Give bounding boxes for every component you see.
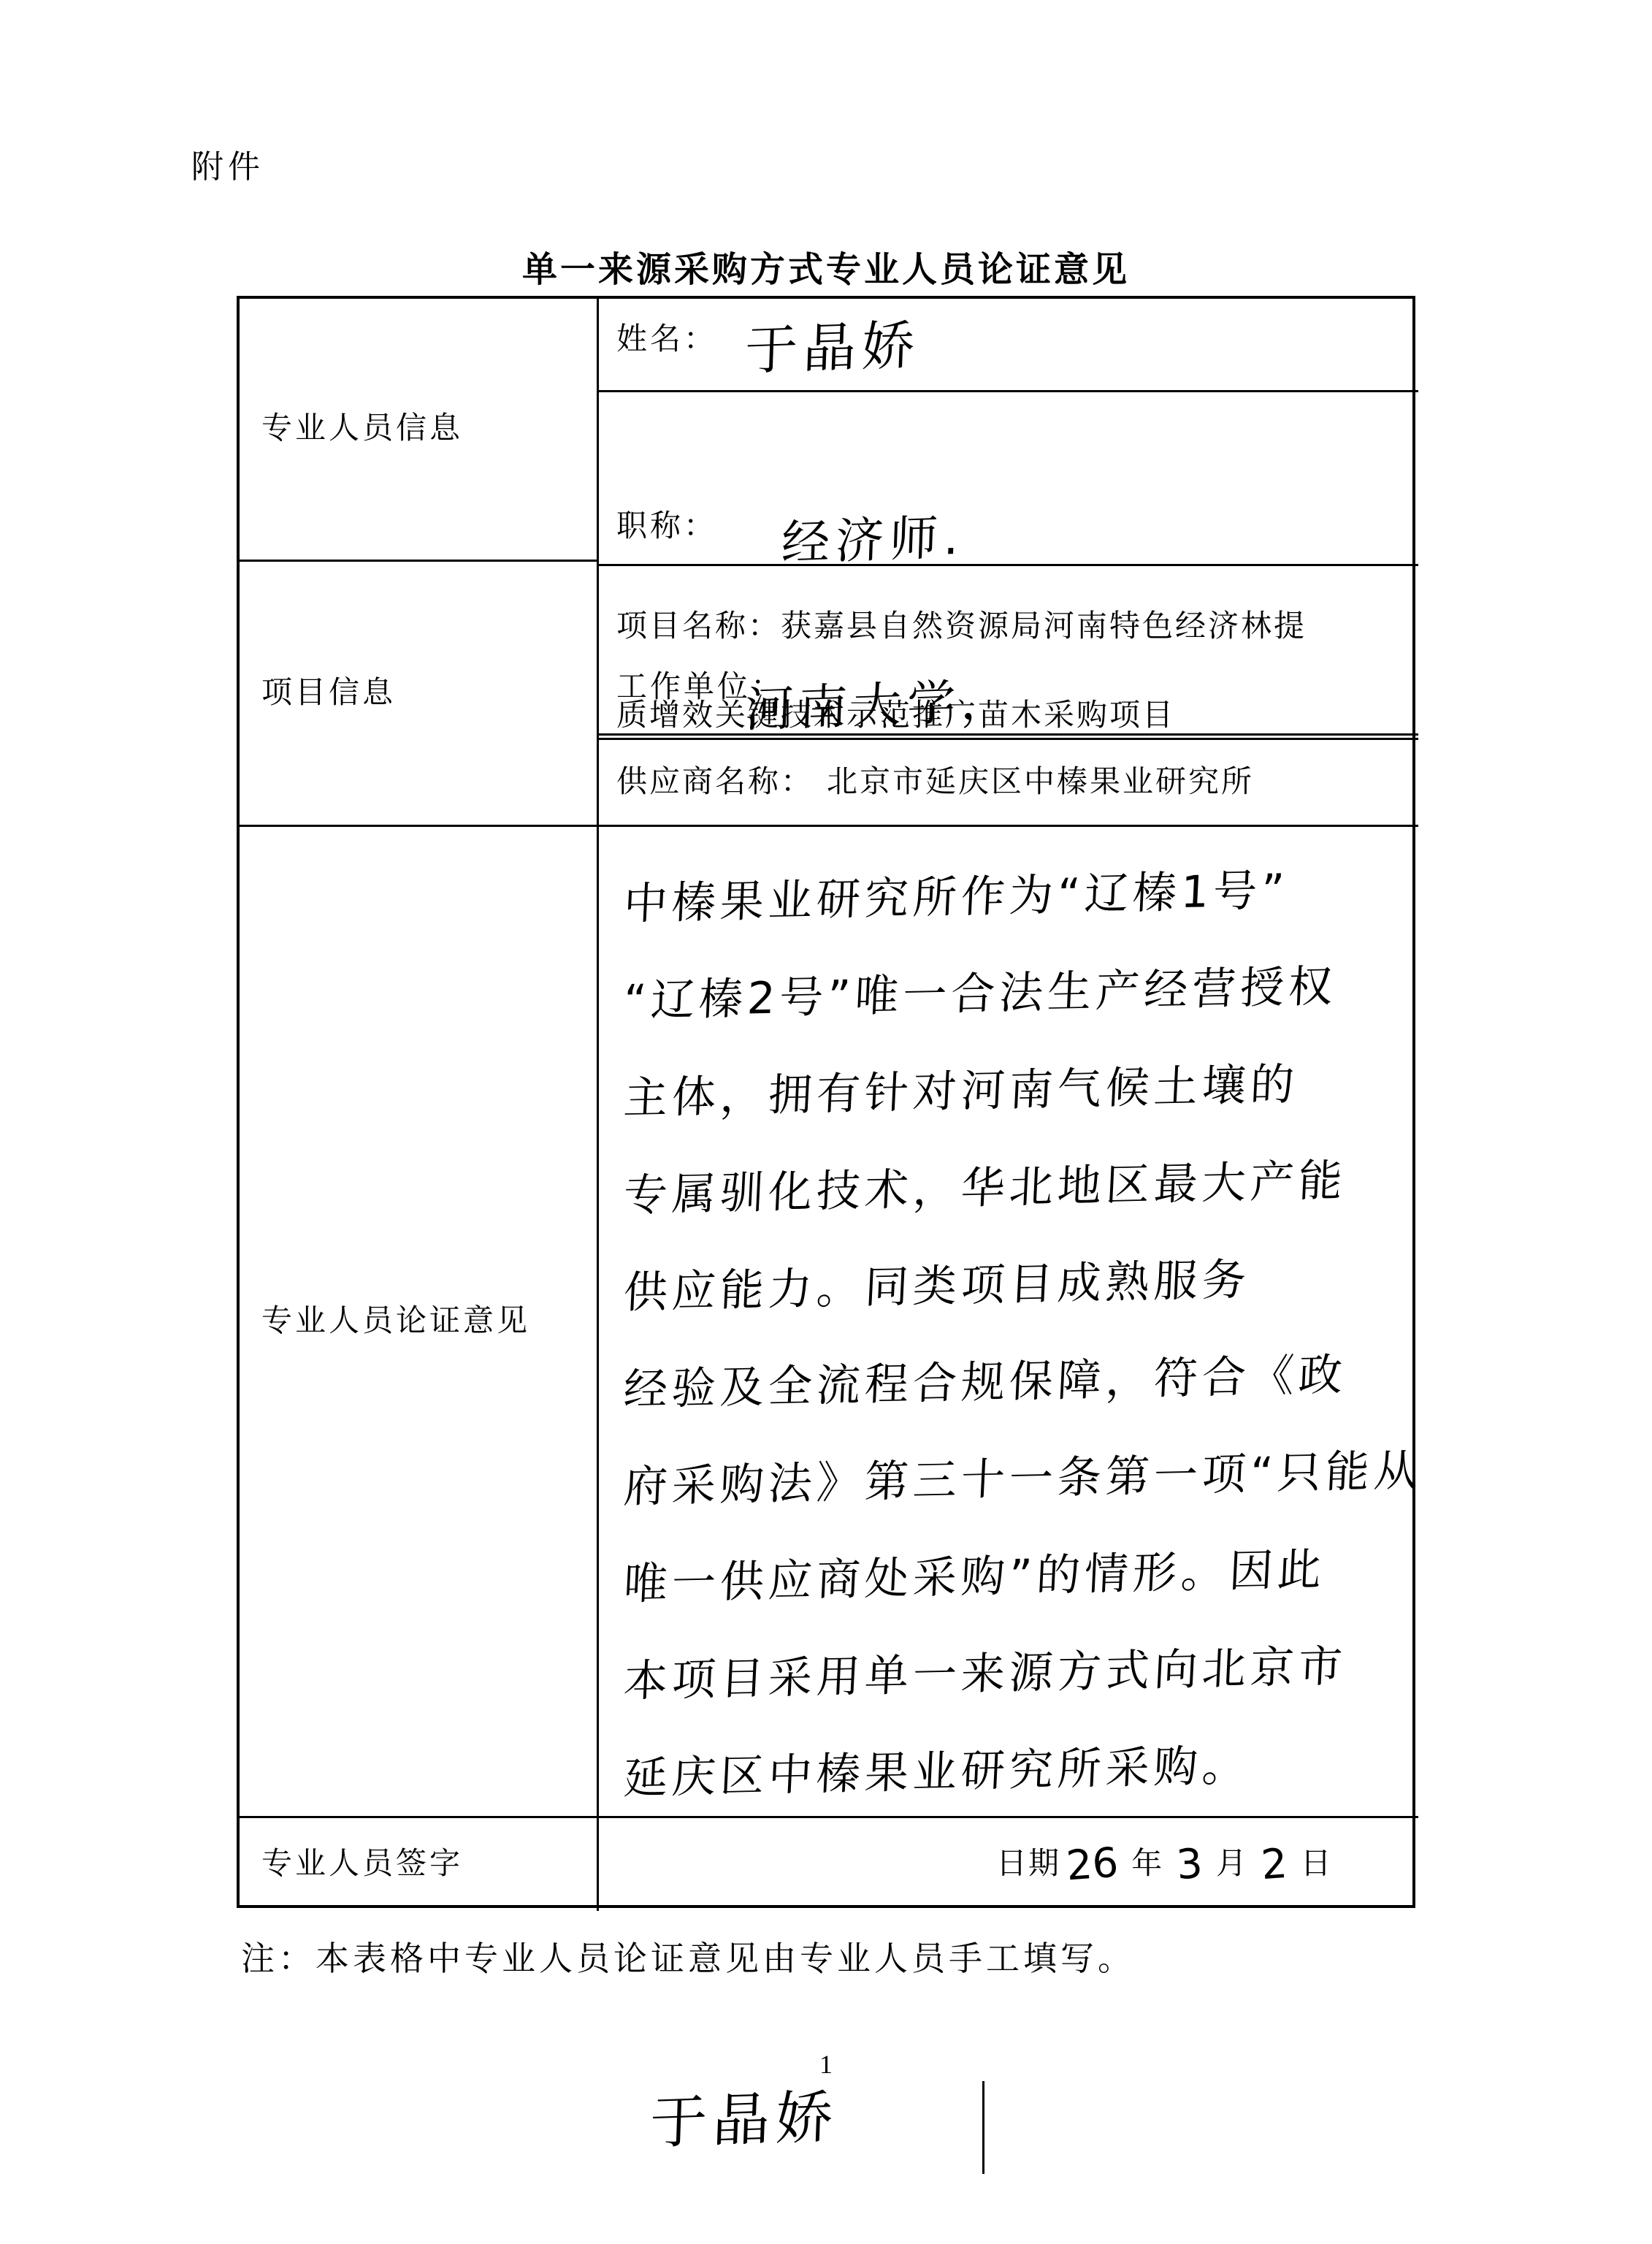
- date-month-handwritten: 3: [1175, 1838, 1204, 1890]
- section-label-text: 专业人员信息: [261, 410, 463, 449]
- opinion-handwriting: 中榛果业研究所作为“辽榛1号” “辽榛2号”唯一合法生产经营授权 主体，拥有针对…: [599, 827, 1418, 1818]
- date-month-suffix: 月: [1216, 1845, 1248, 1884]
- form-table: 专业人员信息 项目信息 专业人员论证意见 专业人员签字 姓名： 于晶娇 职称： …: [237, 296, 1415, 1908]
- opinion-line: 主体，拥有针对河南气候土壤的: [622, 1034, 1413, 1148]
- title-label: 职称：: [616, 508, 717, 546]
- project-name-line1: 项目名称：获嘉县自然资源局河南特色经济林提: [616, 582, 1407, 671]
- name-handwritten-value: 于晶娇: [743, 312, 921, 384]
- signature-cell: 于晶娇: [599, 2081, 984, 2174]
- date-day-handwritten: 2: [1260, 1838, 1289, 1890]
- section-label-signature: 专业人员签字: [240, 1818, 599, 1911]
- page-number: 1: [0, 2049, 1652, 2080]
- name-label: 姓名：: [616, 321, 717, 359]
- document-title: 单一来源采购方式专业人员论证意见: [0, 241, 1652, 291]
- opinion-line: 本项目采用单一来源方式向北京市: [622, 1617, 1413, 1730]
- section-label-professional-info: 专业人员信息: [240, 299, 599, 562]
- date-day-suffix: 日: [1301, 1845, 1333, 1884]
- field-row-supplier: 供应商名称： 北京市延庆区中榛果业研究所: [599, 740, 1418, 827]
- opinion-line: 专属驯化技术，华北地区最大产能: [622, 1131, 1413, 1245]
- date-year-handwritten: 26: [1065, 1837, 1120, 1892]
- signature-handwritten: 于晶娇: [649, 2082, 839, 2160]
- section-label-text: 项目信息: [261, 674, 396, 713]
- opinion-line: 中榛果业研究所作为“辽榛1号”: [622, 839, 1413, 953]
- opinion-line: 府采购法》第三十一条第一项“只能从: [622, 1422, 1413, 1536]
- opinion-line: 唯一供应商处采购”的情形。因此: [622, 1519, 1413, 1633]
- date-label: 日期: [996, 1845, 1060, 1884]
- field-row-project-name: 项目名称：获嘉县自然资源局河南特色经济林提 质增效关键技术示范推广苗木采购项目: [599, 562, 1418, 740]
- section-label-text: 专业人员签字: [261, 1845, 463, 1884]
- document-page: 附件 单一来源采购方式专业人员论证意见 专业人员信息 项目信息 专业人员论证意见…: [0, 0, 1652, 2244]
- date-year-suffix: 年: [1131, 1845, 1163, 1884]
- opinion-line: “辽榛2号”唯一合法生产经营授权: [622, 936, 1413, 1050]
- footnote: 注：本表格中专业人员论证意见由专业人员手工填写。: [241, 1932, 1135, 1980]
- attachment-label: 附件: [191, 140, 264, 187]
- section-label-opinion: 专业人员论证意见: [240, 827, 599, 1818]
- field-row-name: 姓名： 于晶娇: [599, 299, 1418, 392]
- supplier-value: 北京市延庆区中榛果业研究所: [827, 763, 1254, 802]
- supplier-label: 供应商名称：: [616, 763, 814, 802]
- opinion-line: 经验及全流程合规保障，符合《政: [622, 1325, 1413, 1439]
- field-row-title: 职称： 经济师.: [599, 486, 1418, 566]
- date-cell: 日期 26 年 3 月 2 日: [984, 1818, 1418, 1911]
- opinion-line: 供应能力。同类项目成熟服务: [622, 1228, 1413, 1342]
- section-label-text: 专业人员论证意见: [261, 1302, 530, 1341]
- section-label-project-info: 项目信息: [240, 562, 599, 827]
- opinion-line: 延庆区中榛果业研究所采购。: [622, 1714, 1413, 1828]
